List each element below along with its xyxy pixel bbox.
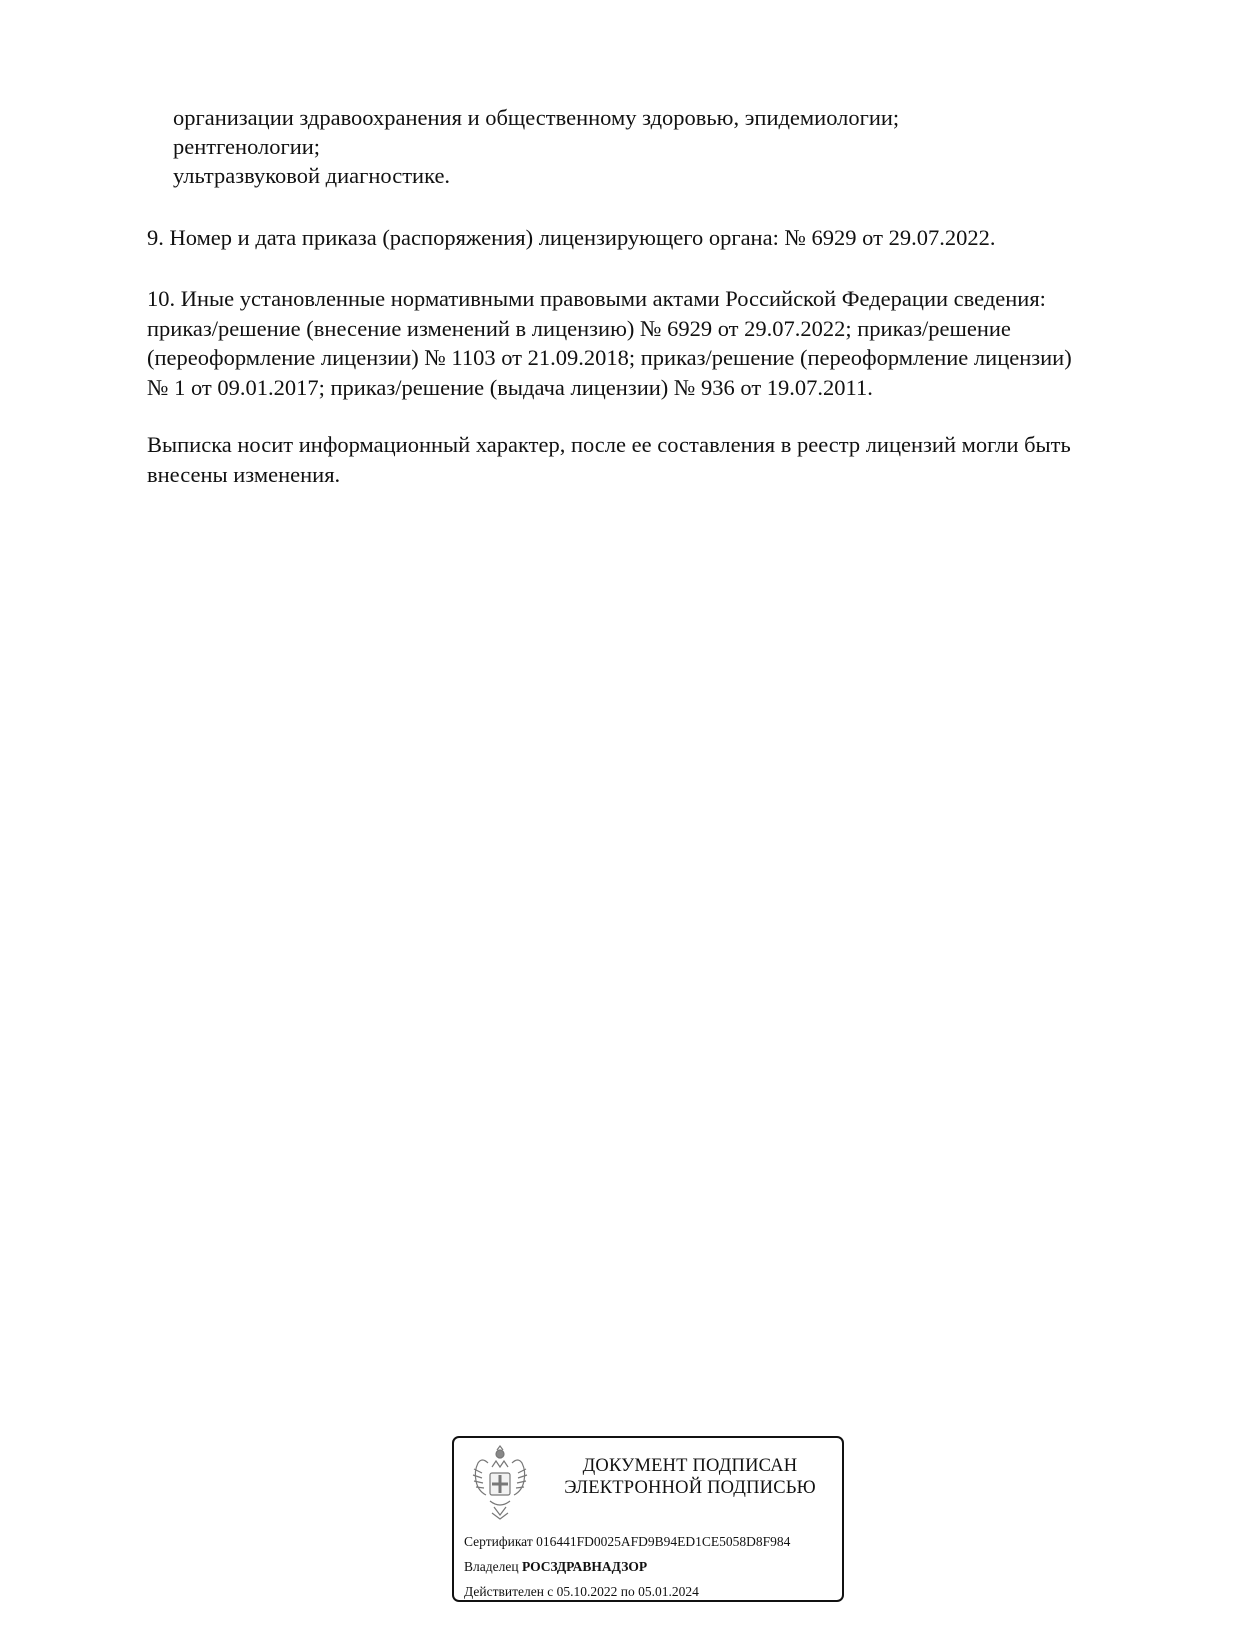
owner-row: Владелец РОСЗДРАВНАДЗОР: [464, 1558, 647, 1576]
electronic-signature-stamp: ДОКУМЕНТ ПОДПИСАН ЭЛЕКТРОННОЙ ПОДПИСЬЮ С…: [452, 1436, 844, 1602]
list-item: рентгенологии;: [147, 132, 320, 162]
section-10-line: (переоформление лицензии) № 1103 от 21.0…: [147, 343, 1072, 373]
certificate-label: Сертификат: [464, 1534, 533, 1549]
disclaimer-line: внесены изменения.: [147, 460, 340, 490]
disclaimer-line: Выписка носит информационный характер, п…: [147, 430, 1071, 460]
certificate-value: 016441FD0025AFD9B94ED1CE5058D8F984: [536, 1534, 790, 1549]
section-10-line: приказ/решение (внесение изменений в лиц…: [147, 314, 1011, 344]
stamp-title-line-1: ДОКУМЕНТ ПОДПИСАН: [540, 1455, 840, 1477]
stamp-title-line-2: ЭЛЕКТРОННОЙ ПОДПИСЬЮ: [540, 1477, 840, 1499]
section-9-text: 9. Номер и дата приказа (распоряжения) л…: [147, 223, 995, 253]
list-item: организации здравоохранения и общественн…: [147, 103, 899, 133]
certificate-row: Сертификат 016441FD0025AFD9B94ED1CE5058D…: [464, 1533, 790, 1551]
stamp-title: ДОКУМЕНТ ПОДПИСАН ЭЛЕКТРОННОЙ ПОДПИСЬЮ: [540, 1455, 840, 1499]
owner-label: Владелец: [464, 1559, 519, 1574]
list-item: ультразвуковой диагностике.: [147, 161, 450, 191]
section-10-line: № 1 от 09.01.2017; приказ/решение (выдач…: [147, 373, 873, 403]
coat-of-arms-icon: [468, 1445, 532, 1521]
owner-value: РОСЗДРАВНАДЗОР: [522, 1559, 647, 1574]
validity-row: Действителен с 05.10.2022 по 05.01.2024: [464, 1583, 699, 1601]
section-10-line: 10. Иные установленные нормативными прав…: [147, 284, 1046, 314]
